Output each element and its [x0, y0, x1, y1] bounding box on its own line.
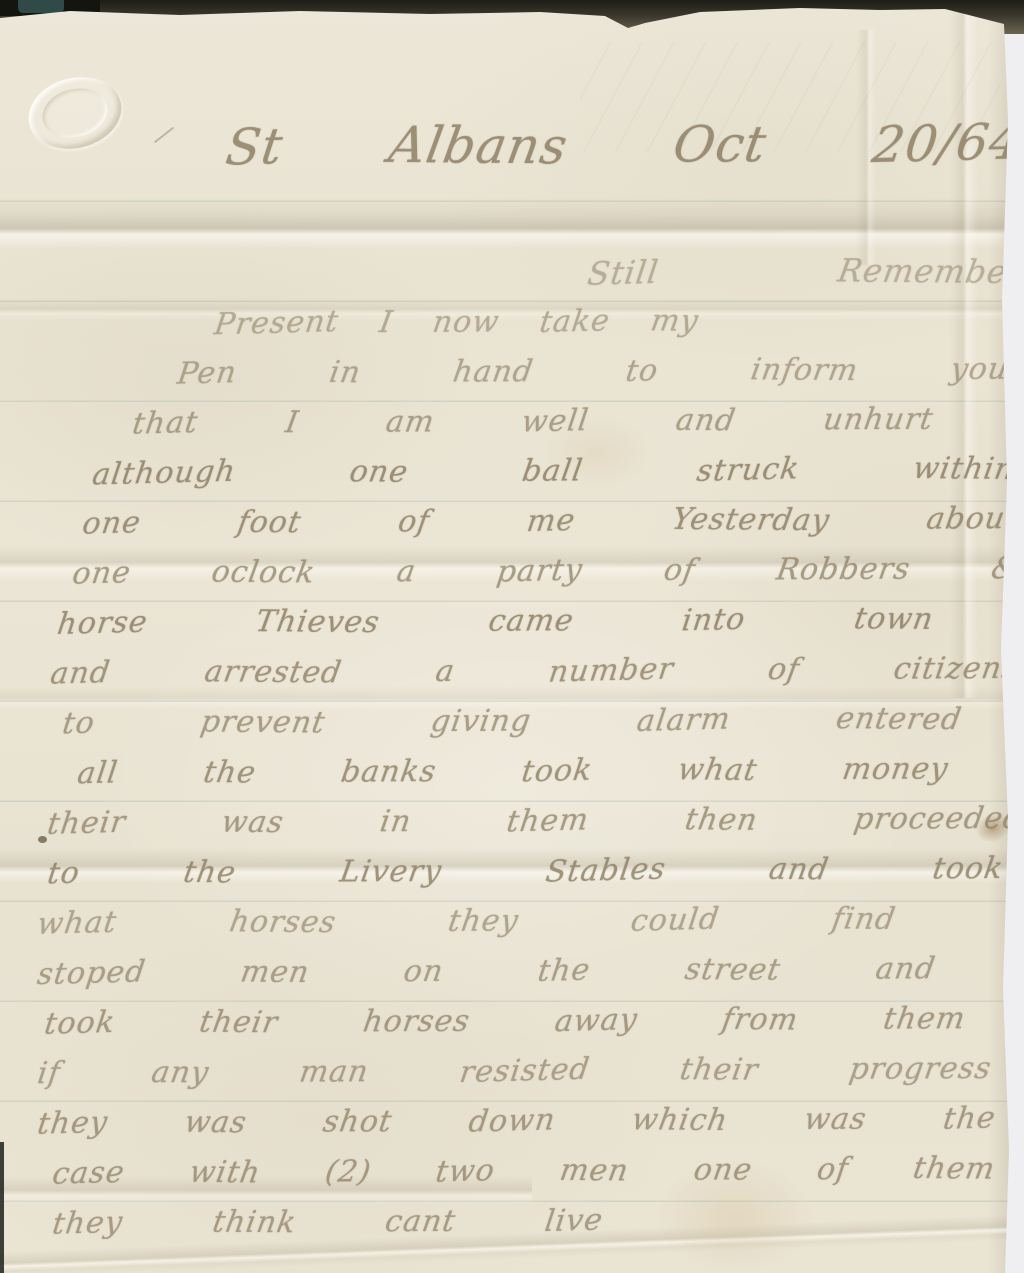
- handwritten-word: took: [930, 851, 1006, 886]
- handwritten-word: money: [840, 751, 951, 787]
- handwritten-word: horses: [227, 904, 339, 940]
- handwritten-word: was: [219, 805, 287, 841]
- handwritten-word: a: [433, 654, 457, 689]
- handwritten-word: came: [486, 603, 576, 638]
- handwritten-word: men: [557, 1153, 631, 1189]
- handwritten-word: progress: [847, 1051, 994, 1087]
- handwritten-word: and: [48, 655, 112, 692]
- letter-line: oneoclockapartyofRobbers&: [70, 551, 1022, 591]
- handwritten-word: them: [881, 1001, 968, 1036]
- letter-line: theythinkcantlive: [50, 1203, 606, 1241]
- handwritten-word: well: [520, 403, 592, 440]
- handwritten-word: of: [661, 553, 698, 588]
- handwritten-word: am: [383, 404, 437, 439]
- handwritten-word: on: [401, 954, 446, 989]
- letter-line: althoughoneballstruckwithin: [90, 451, 1018, 491]
- handwritten-word: horse: [55, 605, 150, 642]
- handwritten-word: the: [181, 855, 239, 890]
- handwritten-word: they: [50, 1205, 125, 1242]
- handwritten-word: you: [948, 352, 1011, 387]
- handwritten-word: case: [50, 1155, 127, 1192]
- letter-line: casewith(2)twomenoneofthem: [50, 1151, 998, 1191]
- handwritten-word: took: [42, 1005, 117, 1042]
- handwritten-word: two: [434, 1153, 498, 1190]
- handwritten-word: if: [35, 1056, 62, 1092]
- letter-line: andarrestedanumberofcitizens: [48, 651, 1021, 691]
- handwritten-word: men: [238, 954, 312, 990]
- handwritten-word: their: [45, 805, 128, 842]
- letter-paper: StAlbansOct20/64StillRememberPresentInow…: [0, 0, 1024, 1273]
- handwritten-word: banks: [339, 754, 439, 789]
- handwritten-word: to: [60, 706, 97, 742]
- handwritten-word: struck: [695, 451, 802, 489]
- handwritten-word: foot: [235, 505, 304, 541]
- handwritten-word: the: [536, 953, 593, 989]
- handwritten-word: Remember: [835, 251, 1024, 291]
- handwritten-word: the: [201, 755, 259, 790]
- handwritten-word: resisted: [457, 1052, 592, 1090]
- handwritten-word: town: [851, 601, 936, 637]
- handwritten-word: number: [547, 651, 676, 689]
- letter-line: theirwasinthemthenproceeded: [45, 801, 1024, 841]
- handwritten-word: horses: [361, 1004, 473, 1040]
- handwritten-word: stoped: [35, 954, 148, 992]
- handwritten-word: Yesterday: [669, 502, 832, 538]
- handwritten-word: them: [505, 802, 592, 839]
- handwritten-word: Pen: [175, 355, 239, 392]
- letter-line: horseThievescameintotown: [55, 601, 936, 641]
- handwritten-word: to: [45, 856, 82, 892]
- handwritten-word: was: [182, 1105, 250, 1141]
- handwritten-word: of: [396, 504, 433, 539]
- handwritten-word: their: [678, 1052, 762, 1088]
- handwritten-word: one: [70, 555, 133, 592]
- handwritten-word: ball: [520, 453, 586, 488]
- handwritten-word: one: [80, 505, 143, 542]
- handwritten-word: think: [210, 1205, 299, 1241]
- letter-line: onefootofmeYesterdayabout: [80, 501, 1021, 541]
- letter-line: Peninhandtoinformyou: [175, 352, 1011, 391]
- handwritten-word: (2): [323, 1154, 374, 1189]
- letter-line: PresentInowtakemy: [212, 303, 701, 341]
- handwritten-word: unhurt: [821, 402, 936, 438]
- handwritten-word: live: [543, 1203, 606, 1240]
- handwritten-word: then: [683, 802, 761, 838]
- handwritten-word: shot: [321, 1104, 395, 1139]
- scanned-letter-page: StAlbansOct20/64StillRememberPresentInow…: [0, 0, 1024, 1273]
- handwritten-word: in: [378, 804, 414, 839]
- letter-line: stopedmenonthestreetand: [35, 951, 938, 991]
- handwritten-word: man: [297, 1054, 371, 1089]
- handwritten-word: take: [537, 303, 612, 340]
- handwritten-word: Oct: [670, 115, 771, 173]
- handwritten-word: Still: [585, 253, 661, 293]
- handwritten-word: what: [675, 752, 760, 788]
- letter-line: allthebankstookwhatmoney: [75, 751, 951, 791]
- handwritten-word: cant: [383, 1204, 458, 1239]
- letter-heading: StAlbansOct20/64: [222, 114, 1024, 176]
- handwritten-word: and: [767, 852, 832, 888]
- handwritten-word: in: [327, 355, 364, 390]
- handwritten-word: proceeded: [852, 801, 1024, 837]
- handwritten-word: Albans: [385, 116, 572, 176]
- handwritten-word: 20/64: [869, 112, 1024, 174]
- handwritten-word: giving: [428, 704, 533, 740]
- handwritten-word: their: [197, 1005, 281, 1041]
- handwritten-word: although: [90, 454, 238, 493]
- handwritten-word: oclock: [209, 555, 318, 591]
- handwritten-word: down: [466, 1102, 557, 1139]
- letter-line: theywasshotdownwhichwasthe: [35, 1101, 998, 1141]
- handwritten-word: of: [765, 652, 802, 687]
- handwritten-word: from: [720, 1002, 802, 1038]
- handwritten-word: they: [35, 1105, 110, 1142]
- handwritten-word: hand: [451, 354, 536, 389]
- handwritten-word: which: [629, 1102, 730, 1138]
- handwritten-word: find: [829, 901, 898, 937]
- right-edge-shadow: [988, 0, 1014, 1273]
- handwritten-word: entered: [833, 701, 964, 737]
- handwritten-word: &: [989, 551, 1021, 587]
- handwritten-word: any: [149, 1055, 212, 1090]
- handwritten-word: Present: [212, 304, 341, 342]
- handwritten-word: and: [674, 403, 739, 439]
- handwritten-word: Robbers: [774, 552, 913, 588]
- letter-line: whathorsestheycouldfind: [35, 902, 898, 941]
- letter-line: topreventgivingalarmentered: [60, 701, 964, 741]
- handwritten-word: took: [520, 753, 595, 790]
- handwritten-word: all: [75, 755, 120, 791]
- scanner-clip: [18, 0, 64, 13]
- handwritten-word: one: [691, 1152, 755, 1187]
- handwritten-word: within: [911, 451, 1018, 487]
- handwritten-word: arrested: [202, 654, 344, 690]
- handwritten-word: them: [911, 1151, 998, 1187]
- handwritten-word: they: [446, 903, 522, 938]
- handwritten-word: with: [187, 1155, 263, 1191]
- handwritten-word: of: [815, 1152, 851, 1188]
- handwritten-word: street: [683, 952, 784, 988]
- handwritten-word: now: [430, 305, 501, 340]
- handwritten-word: into: [680, 602, 748, 639]
- handwritten-word: a: [394, 554, 418, 589]
- handwritten-word: prevent: [198, 704, 328, 740]
- handwritten-word: alarm: [635, 702, 733, 739]
- handwritten-word: me: [524, 503, 577, 539]
- handwritten-word: Stables: [543, 852, 668, 890]
- handwritten-word: the: [941, 1100, 998, 1136]
- handwritten-word: what: [35, 905, 119, 942]
- letter-line: StillRemember: [585, 252, 1024, 292]
- scanner-edge-sliver: [0, 1142, 4, 1273]
- handwritten-word: away: [553, 1002, 640, 1039]
- handwritten-word: and: [873, 951, 938, 986]
- handwritten-word: could: [629, 902, 722, 939]
- handwritten-word: I: [283, 405, 302, 440]
- letter-line: ifanymanresistedtheirprogress: [35, 1051, 994, 1091]
- handwritten-word: Thieves: [253, 604, 382, 640]
- handwritten-word: to: [624, 353, 661, 389]
- handwritten-word: I: [376, 305, 395, 340]
- handwritten-word: Livery: [337, 854, 444, 890]
- handwritten-word: party: [495, 552, 585, 589]
- handwritten-word: one: [347, 454, 411, 490]
- letter-line: thatIamwellandunhurt: [130, 402, 936, 441]
- handwritten-word: my: [648, 303, 701, 338]
- handwritten-word: St: [223, 117, 287, 176]
- letter-line: totheLiveryStablesandtook: [45, 851, 1006, 891]
- handwritten-word: that: [130, 405, 200, 442]
- letter-line: tooktheirhorsesawayfromthem: [42, 1001, 968, 1041]
- handwritten-word: inform: [748, 352, 861, 388]
- handwritten-word: was: [802, 1102, 869, 1137]
- handwritten-word: about: [924, 501, 1021, 536]
- handwritten-word: citizens: [891, 651, 1021, 687]
